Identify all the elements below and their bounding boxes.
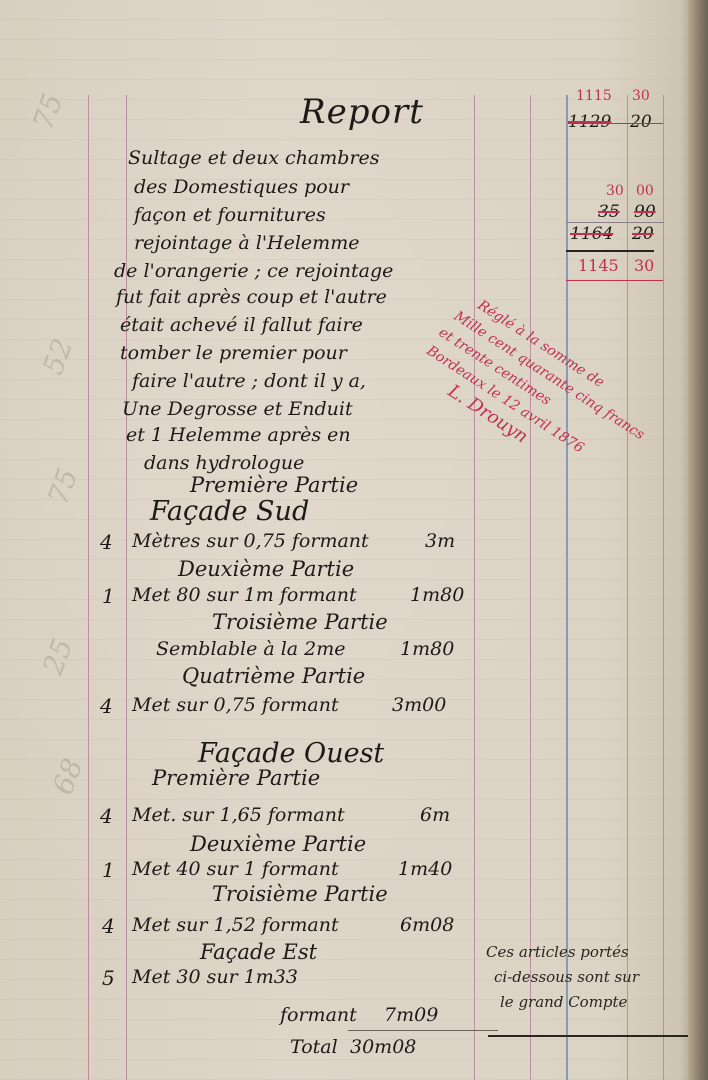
- ghost-mark: 75: [41, 464, 84, 509]
- body-line: Une Degrosse et Enduit: [122, 398, 353, 420]
- final-cents: 30: [634, 256, 654, 275]
- carried-francs: 1115: [576, 88, 612, 104]
- column-line-cents: [627, 95, 628, 1080]
- entry-text: Met 80 sur 1m formant: [132, 584, 357, 606]
- carried-struck-cents: 20: [630, 112, 652, 132]
- column-line-blue: [566, 95, 568, 1080]
- margin-line-right: [474, 95, 475, 1080]
- section-sub-heading: Quatrième Partie: [182, 664, 365, 688]
- body-line: de l'orangerie ; ce rejointage: [114, 260, 393, 282]
- ghost-mark: 75: [26, 89, 69, 134]
- ghost-mark: 25: [36, 634, 79, 679]
- entry-amount: 1m80: [410, 584, 464, 606]
- entry-amount: 6m08: [400, 914, 454, 936]
- body-line: fut fait après coup et l'autre: [116, 286, 387, 308]
- strike-line: [568, 123, 663, 124]
- entry-qty: 4: [100, 694, 113, 718]
- ghost-mark: 52: [36, 334, 79, 379]
- carried-cents: 30: [632, 88, 650, 104]
- entry-amount: 7m09: [384, 1004, 438, 1026]
- subtotal-struck-cents: 20: [632, 224, 654, 244]
- page-edge: [688, 0, 708, 1080]
- total-value: 30m08: [350, 1036, 416, 1058]
- settlement-note: Réglé à la somme de Mille cent quarante …: [410, 285, 688, 519]
- entry-text: Met 30 sur 1m33: [132, 966, 298, 988]
- deduction-cents: 00: [636, 183, 654, 199]
- section-sub-heading: Première Partie: [190, 473, 358, 497]
- column-line: [530, 95, 531, 1080]
- deduction-struck-cents: 90: [634, 202, 656, 222]
- entry-text: Met 40 sur 1 formant: [132, 858, 339, 880]
- subtotal-rule: [566, 250, 654, 252]
- deduction-francs: 30: [606, 183, 624, 199]
- column-rule: [566, 222, 663, 223]
- footnote-line: le grand Compte: [480, 990, 639, 1015]
- section-sub-heading: Troisième Partie: [212, 882, 388, 906]
- total-rule: [348, 1030, 498, 1031]
- section-heading: Façade Est: [200, 940, 317, 964]
- column-line-end: [663, 95, 664, 1080]
- section-sub-heading: Première Partie: [152, 766, 320, 790]
- entry-text: Met. sur 1,65 formant: [132, 804, 345, 826]
- body-line: des Domestiques pour: [134, 176, 349, 198]
- carried-struck-francs: 1129: [568, 112, 611, 132]
- entry-text: formant: [280, 1004, 357, 1026]
- body-line: rejointage à l'Helemme: [134, 232, 359, 254]
- entry-amount: 1m40: [398, 858, 452, 880]
- total-label: Total: [290, 1036, 338, 1058]
- margin-line-left: [88, 95, 89, 1080]
- entry-amount: 1m80: [400, 638, 454, 660]
- entry-qty: 4: [100, 530, 113, 554]
- footnote: Ces articles portés ci-dessous sont sur …: [480, 940, 639, 1015]
- entry-qty: 4: [100, 804, 113, 828]
- final-francs: 1145: [578, 256, 619, 275]
- body-line: Sultage et deux chambres: [128, 147, 380, 169]
- section-heading: Façade Ouest: [198, 738, 384, 769]
- entry-amount: 3m: [425, 530, 455, 552]
- entry-qty: 5: [102, 966, 115, 990]
- entry-text: Met sur 0,75 formant: [132, 694, 339, 716]
- body-line: tomber le premier pour: [120, 342, 347, 364]
- entry-qty: 1: [102, 858, 115, 882]
- body-line: et 1 Helemme après en: [126, 424, 351, 446]
- entry-qty: 1: [102, 584, 115, 608]
- ghost-mark: 68: [46, 754, 89, 799]
- body-line: faire l'autre ; dont il y a,: [132, 370, 366, 392]
- subtotal-struck-francs: 1164: [570, 224, 613, 244]
- entry-text: Mètres sur 0,75 formant: [132, 530, 369, 552]
- deduction-struck-francs: 35: [598, 202, 620, 222]
- entry-amount: 6m: [420, 804, 450, 826]
- ledger-page: 75 52 75 25 68 Report Sultage et deux ch…: [0, 0, 708, 1080]
- section-sub-heading: Troisième Partie: [212, 610, 388, 634]
- body-line: dans hydrologue: [144, 452, 304, 474]
- footnote-rule: [488, 1035, 688, 1037]
- footnote-line: Ces articles portés: [480, 940, 639, 965]
- page-title: Report: [300, 92, 424, 132]
- section-heading: Façade Sud: [150, 496, 309, 527]
- body-line: façon et fournitures: [134, 204, 326, 226]
- margin-line-qty: [126, 95, 127, 1080]
- entry-text: Met sur 1,52 formant: [132, 914, 339, 936]
- footnote-line: ci-dessous sont sur: [480, 965, 639, 990]
- section-sub-heading: Deuxième Partie: [178, 557, 354, 581]
- entry-text: Semblable à la 2me: [156, 638, 346, 660]
- body-line: était achevé il fallut faire: [120, 314, 363, 336]
- section-sub-heading: Deuxième Partie: [190, 832, 366, 856]
- entry-amount: 3m00: [392, 694, 446, 716]
- final-rule: [566, 280, 663, 281]
- entry-qty: 4: [102, 914, 115, 938]
